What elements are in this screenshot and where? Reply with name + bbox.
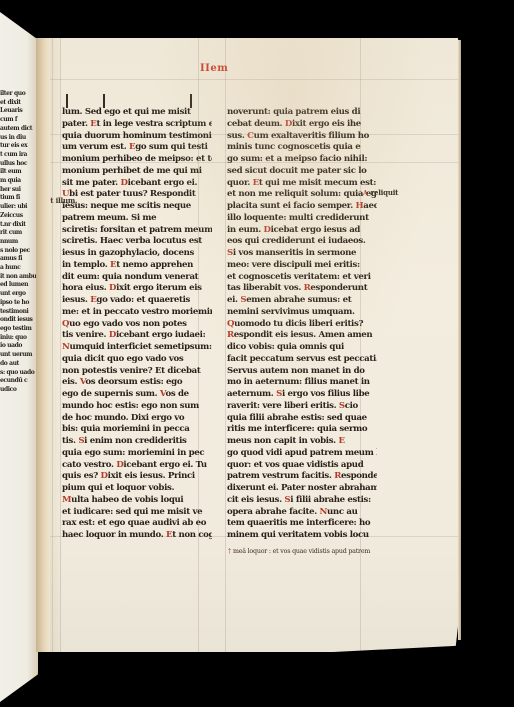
text-line: ego testim (0, 325, 36, 334)
text-line: m quia (0, 177, 36, 186)
ruling-line (52, 38, 53, 652)
text-line: cit eis iesus. Si filii abrahe estis: (227, 495, 377, 507)
correction-mark-icon: A (363, 190, 367, 197)
text-line: noverunt: quia patrem eius di (227, 107, 377, 119)
text-line: cebat deum. Dixit ergo eis ihe (227, 119, 377, 131)
text-line: go sum: et a meipso facio nihil: (227, 154, 377, 166)
text-line: tis venire. Dicebant ergo iudaei: (62, 330, 212, 342)
text-line: nemini servivimus umquam. (227, 307, 377, 319)
text-line: ritis me interficere: quia sermo (227, 424, 377, 436)
text-line: tas liberabit vos. Responderunt (227, 283, 377, 295)
text-line: do aut (0, 360, 36, 369)
rubricated-initial: M (62, 495, 71, 505)
rubricated-initial: V (160, 389, 166, 399)
rubricated-initial: N (320, 507, 328, 517)
text-line: hora eius. Dixit ergo iterum eis (62, 283, 212, 295)
text-line: ulier: ubi (0, 203, 36, 212)
text-line: quis es? Dixit eis iesus. Princi (62, 471, 212, 483)
text-line: sit me pater. Dicebant ergo ei. (62, 178, 212, 190)
text-line: quia ego sum: moriemini in pec (62, 448, 212, 460)
text-line: opera abrahe facite. Nunc au (227, 507, 377, 519)
text-line: Quo ego vado vos non potes (62, 319, 212, 331)
text-line: me: et in peccato vestro moriemini. (62, 307, 212, 319)
text-line: Respondit eis iesus. Amen amen (227, 330, 377, 342)
text-line: et iudicare: sed qui me misit ve (62, 507, 212, 519)
text-line: monium perhibeo de meipso: et testi (62, 154, 212, 166)
text-line: Zeiccus (0, 212, 36, 221)
text-line: autem dict (0, 125, 36, 134)
text-line: pium qui et loquor vobis. (62, 483, 212, 495)
text-line: s: quo uado (0, 369, 36, 378)
text-line: her sui (0, 186, 36, 195)
text-line: raverit: vere liberi eritis. Scio (227, 401, 377, 413)
rubricated-initial: D (101, 471, 108, 481)
text-line: Quomodo tu dicis liberi eritis? (227, 319, 377, 331)
rubricated-initial: E (166, 530, 172, 540)
text-line: um verum est. Ego sum qui testi (62, 142, 212, 154)
ascender-stroke (190, 94, 192, 108)
text-line: et cognoscetis veritatem: et veri (227, 272, 377, 284)
ascender-stroke (103, 94, 105, 108)
text-line: udico (0, 386, 36, 395)
text-line: tem quaeritis me interficere: ho (227, 518, 377, 530)
left-page-fragment: ilter quoet dixitLeuariscum fautem dictu… (0, 12, 38, 702)
binding-gutter (36, 38, 50, 652)
text-line: lum. Sed ego et qui me misit (62, 107, 212, 119)
text-line: t cum ira (0, 151, 36, 160)
ruling-line (60, 38, 61, 652)
text-line: dixerunt ei. Pater noster abraham est. D… (227, 483, 377, 495)
rubricated-initial: S (78, 436, 84, 446)
rubricated-initial: N (62, 342, 70, 352)
text-line: unt ergo (0, 290, 36, 299)
text-line: de hoc mundo. Dixi ergo vo (62, 413, 212, 425)
text-line: it non ambu (0, 273, 36, 282)
text-line: et non me reliquit solum: quia ego quae (227, 189, 377, 201)
text-line: io uado (0, 342, 36, 351)
text-line: aeternum. Si ergo vos filius libe (227, 389, 377, 401)
text-line: tur eis ex (0, 142, 36, 151)
text-line: Ubi est pater tuus? Respondit (62, 189, 212, 201)
text-line: ei. Semen abrahe sumus: et (227, 295, 377, 307)
text-column-right: noverunt: quia patrem eius dicebat deum.… (227, 107, 377, 542)
rubricated-initial: S (339, 401, 345, 411)
text-line: meo: vere discipuli mei eritis: (227, 260, 377, 272)
rubricated-initial: C (247, 131, 254, 141)
ruling-line (225, 38, 226, 652)
text-line: Numquid interficiet semetipsum: (62, 342, 212, 354)
text-line: ullus hoc (0, 160, 36, 169)
text-line: eis. Vos deorsum estis: ego (62, 377, 212, 389)
text-line: ilt eum (0, 168, 36, 177)
text-line: eos qui crediderunt ei iudaeos. (227, 236, 377, 248)
text-line: quor: et vos quae vidistis apud (227, 460, 377, 472)
manuscript-leaf: IIem lum. Sed ego et qui me misitpater. … (38, 38, 460, 652)
margin-note-right: Areliquit (363, 188, 398, 197)
text-line: us in diu (0, 134, 36, 143)
text-line: illo loquente: multi crediderunt (227, 213, 377, 225)
text-line: iesus. Ego vado: et quaeretis (62, 295, 212, 307)
text-line: in eum. Dicebat ergo iesus ad (227, 225, 377, 237)
text-line: ilter quo (0, 90, 36, 99)
rubricated-initial: V (80, 377, 86, 387)
rubricated-initial: Q (227, 319, 234, 329)
text-line: iesus: neque me scitis neque (62, 201, 212, 213)
text-line: non potestis venire? Et dicebat (62, 366, 212, 378)
rubricated-initial: D (109, 283, 116, 293)
text-line: ecundū c (0, 377, 36, 386)
text-line: quia filii abrahe estis: sed quae (227, 413, 377, 425)
text-line: bis: quia moriemini in pecca (62, 424, 212, 436)
text-line: cum f (0, 116, 36, 125)
text-line: facit peccatum servus est peccati. (227, 354, 377, 366)
text-line: in templo. Et nemo apprehen (62, 260, 212, 272)
text-line: testimoni (0, 308, 36, 317)
rubricated-initial: E (90, 295, 96, 305)
text-line: iniu: quo (0, 334, 36, 343)
rubricated-initial: S (276, 389, 282, 399)
rubricated-initial: D (116, 460, 123, 470)
left-page-text: ilter quoet dixitLeuariscum fautem dictu… (0, 90, 36, 570)
text-line: dico vobis: quia omnis qui (227, 342, 377, 354)
rubricated-initial: D (264, 225, 271, 235)
rubricated-initial: D (285, 119, 292, 129)
text-line: ego de supernis sum. Vos de (62, 389, 212, 401)
text-line: nnum (0, 238, 36, 247)
text-line: meus non capit in vobis. E (227, 436, 377, 448)
text-line: mundo hoc estis: ego non sum (62, 401, 212, 413)
rubricated-initial: E (253, 178, 259, 188)
text-line: Multa habeo de vobis loqui (62, 495, 212, 507)
margin-note-text: reliquit (370, 188, 398, 197)
ascender-stroke (66, 94, 68, 108)
rubricated-initial: R (304, 283, 311, 293)
text-line: t.nr dixit (0, 221, 36, 230)
text-line: minem qui veritatem vobis locu (227, 530, 377, 542)
text-line: sciretis. Haec verba locutus est (62, 236, 212, 248)
rubricated-initial: D (120, 178, 127, 188)
text-line: sus. Cum exaltaveritis filium ho (227, 131, 377, 143)
text-line: Servus autem non manet in do (227, 366, 377, 378)
text-line: s nolo pec (0, 247, 36, 256)
rubricated-initial: E (90, 119, 96, 129)
rubricated-initial: D (109, 330, 116, 340)
rubricated-initial: E (129, 142, 135, 152)
rubricated-initial: S (227, 248, 233, 258)
rubricated-initial: R (227, 330, 234, 340)
text-line: haec loquor in mundo. Et non cog (62, 530, 212, 542)
text-line: minis tunc cognoscetis quia e (227, 142, 377, 154)
text-line: rit cum (0, 229, 36, 238)
rubricated-initial: S (240, 295, 246, 305)
rubricated-initial: Q (62, 319, 69, 329)
rubricated-initial: S (284, 495, 290, 505)
rubricated-initial: E (338, 436, 344, 446)
text-line: ipso te ho (0, 299, 36, 308)
footnote-text: meâ loquor : et vos quae vidistis apud p… (233, 548, 370, 555)
bottom-correction-note: †meâ loquor : et vos quae vidistis apud … (228, 548, 370, 555)
text-line: sed sicut docuit me pater sic lo (227, 166, 377, 178)
text-line: amus fi (0, 255, 36, 264)
text-line: ondit iesus (0, 316, 36, 325)
page-fore-edge (458, 40, 461, 640)
text-line: tium fi (0, 194, 36, 203)
text-line: tis. Si enim non credideritis (62, 436, 212, 448)
text-line: mo in aeternum: filius manet in (227, 377, 377, 389)
text-line: ed lumen (0, 281, 36, 290)
ruling-line (38, 79, 460, 80)
text-line: go quod vidi apud patrem meum lo (227, 448, 377, 460)
text-line: a hunc (0, 264, 36, 273)
dagger-mark-icon: † (228, 548, 231, 555)
text-line: Si vos manseritis in sermone (227, 248, 377, 260)
text-line: quia dicit quo ego vado vos (62, 354, 212, 366)
text-line: cato vestro. Dicebant ergo ei. Tu (62, 460, 212, 472)
text-line: et dixit (0, 99, 36, 108)
text-line: quor. Et qui me misit mecum est: (227, 178, 377, 190)
text-line: Leuaris (0, 107, 36, 116)
text-line: rax est: et ego quae audivi ab eo (62, 518, 212, 530)
text-line: placita sunt ei facio semper. Haec (227, 201, 377, 213)
text-line: pater. Et in lege vestra scriptum est: (62, 119, 212, 131)
running-head: IIem (200, 63, 228, 74)
text-column-left: lum. Sed ego et qui me misitpater. Et in… (62, 107, 212, 542)
text-line: patrem vestrum facitis. Responderunt et (227, 471, 377, 483)
text-line: dit eum: quia nondum venerat (62, 272, 212, 284)
text-line: quia duorum hominum testimoni (62, 131, 212, 143)
rubricated-initial: R (334, 471, 341, 481)
text-line: sciretis: forsitan et patrem meum (62, 225, 212, 237)
rubricated-initial: H (355, 201, 363, 211)
text-line: monium perhibet de me qui mi (62, 166, 212, 178)
text-line: unt uerum (0, 351, 36, 360)
text-line: patrem meum. Si me (62, 213, 212, 225)
text-line: iesus in gazophylacio, docens (62, 248, 212, 260)
rubricated-initial: E (110, 260, 116, 270)
